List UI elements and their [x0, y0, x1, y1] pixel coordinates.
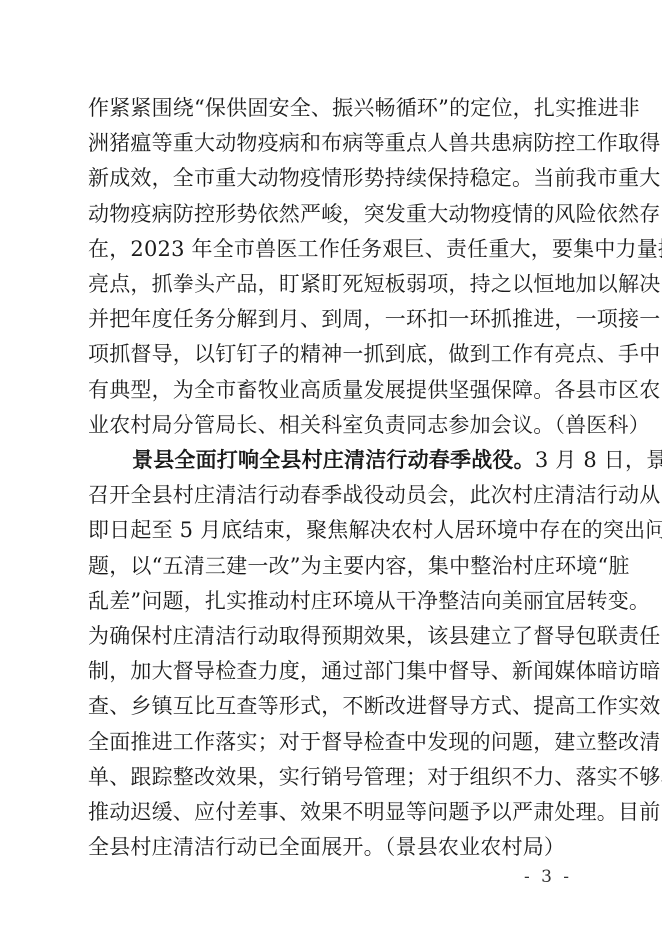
- text-line: 推动迟缓、应付差事、效果不明显等问题予以严肃处理。目前，: [88, 795, 574, 830]
- text-line: 在，2023 年全市兽医工作任务艰巨、责任重大，要集中力量抓: [88, 232, 574, 267]
- text-line: 洲猪瘟等重大动物疫病和布病等重点人兽共患病防控工作取得: [88, 126, 574, 161]
- text-line: 并把年度任务分解到月、到周，一环扣一环抓推进，一项接一: [88, 302, 574, 337]
- text-line: 召开全县村庄清洁行动春季战役动员会，此次村庄清洁行动从: [88, 478, 574, 513]
- text-line: 有典型，为全市畜牧业高质量发展提供坚强保障。各县市区农: [88, 373, 574, 408]
- text-line: 业农村局分管局长、相关科室负责同志参加会议。（兽医科）: [88, 408, 574, 443]
- document-page: 作紧紧围绕“保供固安全、振兴畅循环”的定位，扎实推进非 洲猪瘟等重大动物疫病和布…: [88, 91, 574, 865]
- text-line: 全县村庄清洁行动已全面展开。（景县农业农村局）: [88, 830, 574, 865]
- paragraph-animal-disease-meeting: 作紧紧围绕“保供固安全、振兴畅循环”的定位，扎实推进非 洲猪瘟等重大动物疫病和布…: [88, 91, 574, 443]
- text-line: 制，加大督导检查力度，通过部门集中督导、新闻媒体暗访暗: [88, 654, 574, 689]
- headline-line: 景县全面打响全县村庄清洁行动春季战役。3 月 8 日，景县: [88, 443, 574, 478]
- text-line: 题，以“五清三建一改”为主要内容，集中整治村庄环境“脏: [88, 549, 574, 584]
- text-line: 动物疫病防控形势依然严峻，突发重大动物疫情的风险依然存: [88, 197, 574, 232]
- page-number: - 3 -: [518, 867, 578, 887]
- text-line: 亮点，抓拳头产品，盯紧盯死短板弱项，持之以恒地加以解决，: [88, 267, 574, 302]
- text-line: 即日起至 5 月底结束，聚焦解决农村人居环境中存在的突出问: [88, 513, 574, 548]
- paragraph-village-cleanup: 景县全面打响全县村庄清洁行动春季战役。3 月 8 日，景县 召开全县村庄清洁行动…: [88, 443, 574, 865]
- text-line: 作紧紧围绕“保供固安全、振兴畅循环”的定位，扎实推进非: [88, 91, 574, 126]
- text-line: 查、乡镇互比互查等形式，不断改进督导方式、提高工作实效，: [88, 689, 574, 724]
- news-headline: 景县全面打响全县村庄清洁行动春季战役。: [132, 448, 535, 472]
- text-run: 3 月 8 日，景县: [535, 448, 662, 472]
- text-line: 项抓督导，以钉钉子的精神一抓到底，做到工作有亮点、手中: [88, 337, 574, 372]
- text-line: 单、跟踪整改效果，实行销号管理；对于组织不力、落实不够、: [88, 760, 574, 795]
- text-line: 新成效，全市重大动物疫情形势持续保持稳定。当前我市重大: [88, 161, 574, 196]
- text-line: 为确保村庄清洁行动取得预期效果，该县建立了督导包联责任: [88, 619, 574, 654]
- text-line: 乱差”问题，扎实推动村庄环境从干净整洁向美丽宜居转变。: [88, 584, 574, 619]
- text-line: 全面推进工作落实；对于督导检查中发现的问题，建立整改清: [88, 725, 574, 760]
